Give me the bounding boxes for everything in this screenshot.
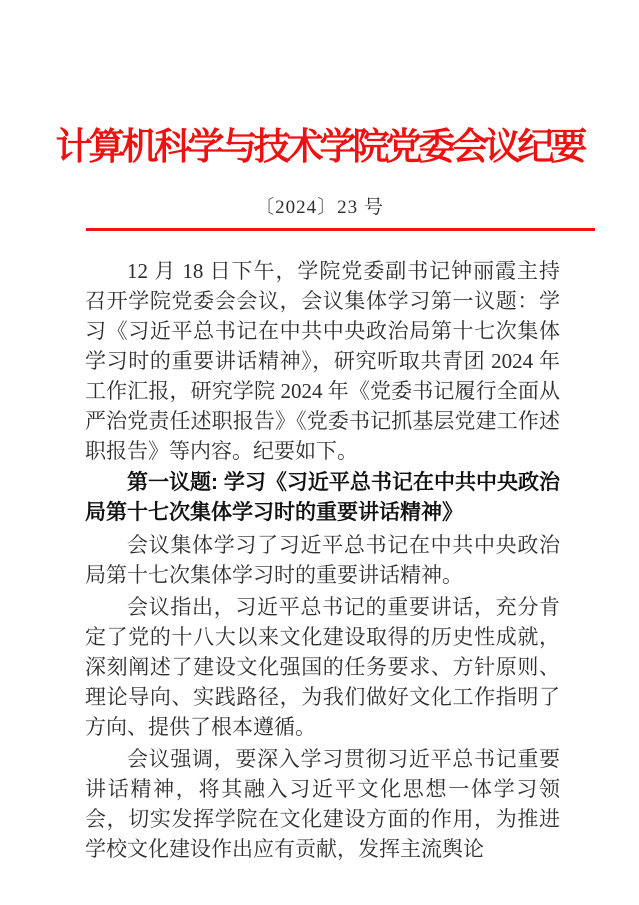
document-page: 计算机科学与技术学院党委会议纪要 〔2024〕23 号 12 月 18 日下午，… (0, 0, 639, 905)
document-body: 12 月 18 日下午，学院党委副书记钟丽霞主持召开学院党委会会议，会议集体学习… (85, 256, 560, 866)
document-number: 〔2024〕23 号 (0, 192, 639, 219)
paragraph-meeting-emphasized: 会议强调，要深入学习贯彻习近平总书记重要讲话精神，将其融入习近平文化思想一体学习… (85, 744, 560, 864)
paragraph-meeting-pointed-out: 会议指出，习近平总书记的重要讲话，充分肯定了党的十八大以来文化建设取得的历史性成… (85, 592, 560, 742)
document-title: 计算机科学与技术学院党委会议纪要 (0, 116, 639, 170)
paragraph-intro: 12 月 18 日下午，学院党委副书记钟丽霞主持召开学院党委会会议，会议集体学习… (85, 256, 560, 466)
paragraph-study: 会议集体学习了习近平总书记在中共中央政治局第十七次集体学习时的重要讲话精神。 (85, 530, 560, 590)
red-divider-rule (86, 228, 595, 231)
topic-one-heading: 第一议题: 学习《习近平总书记在中共中央政治局第十七次集体学习时的重要讲话精神》 (85, 468, 560, 528)
